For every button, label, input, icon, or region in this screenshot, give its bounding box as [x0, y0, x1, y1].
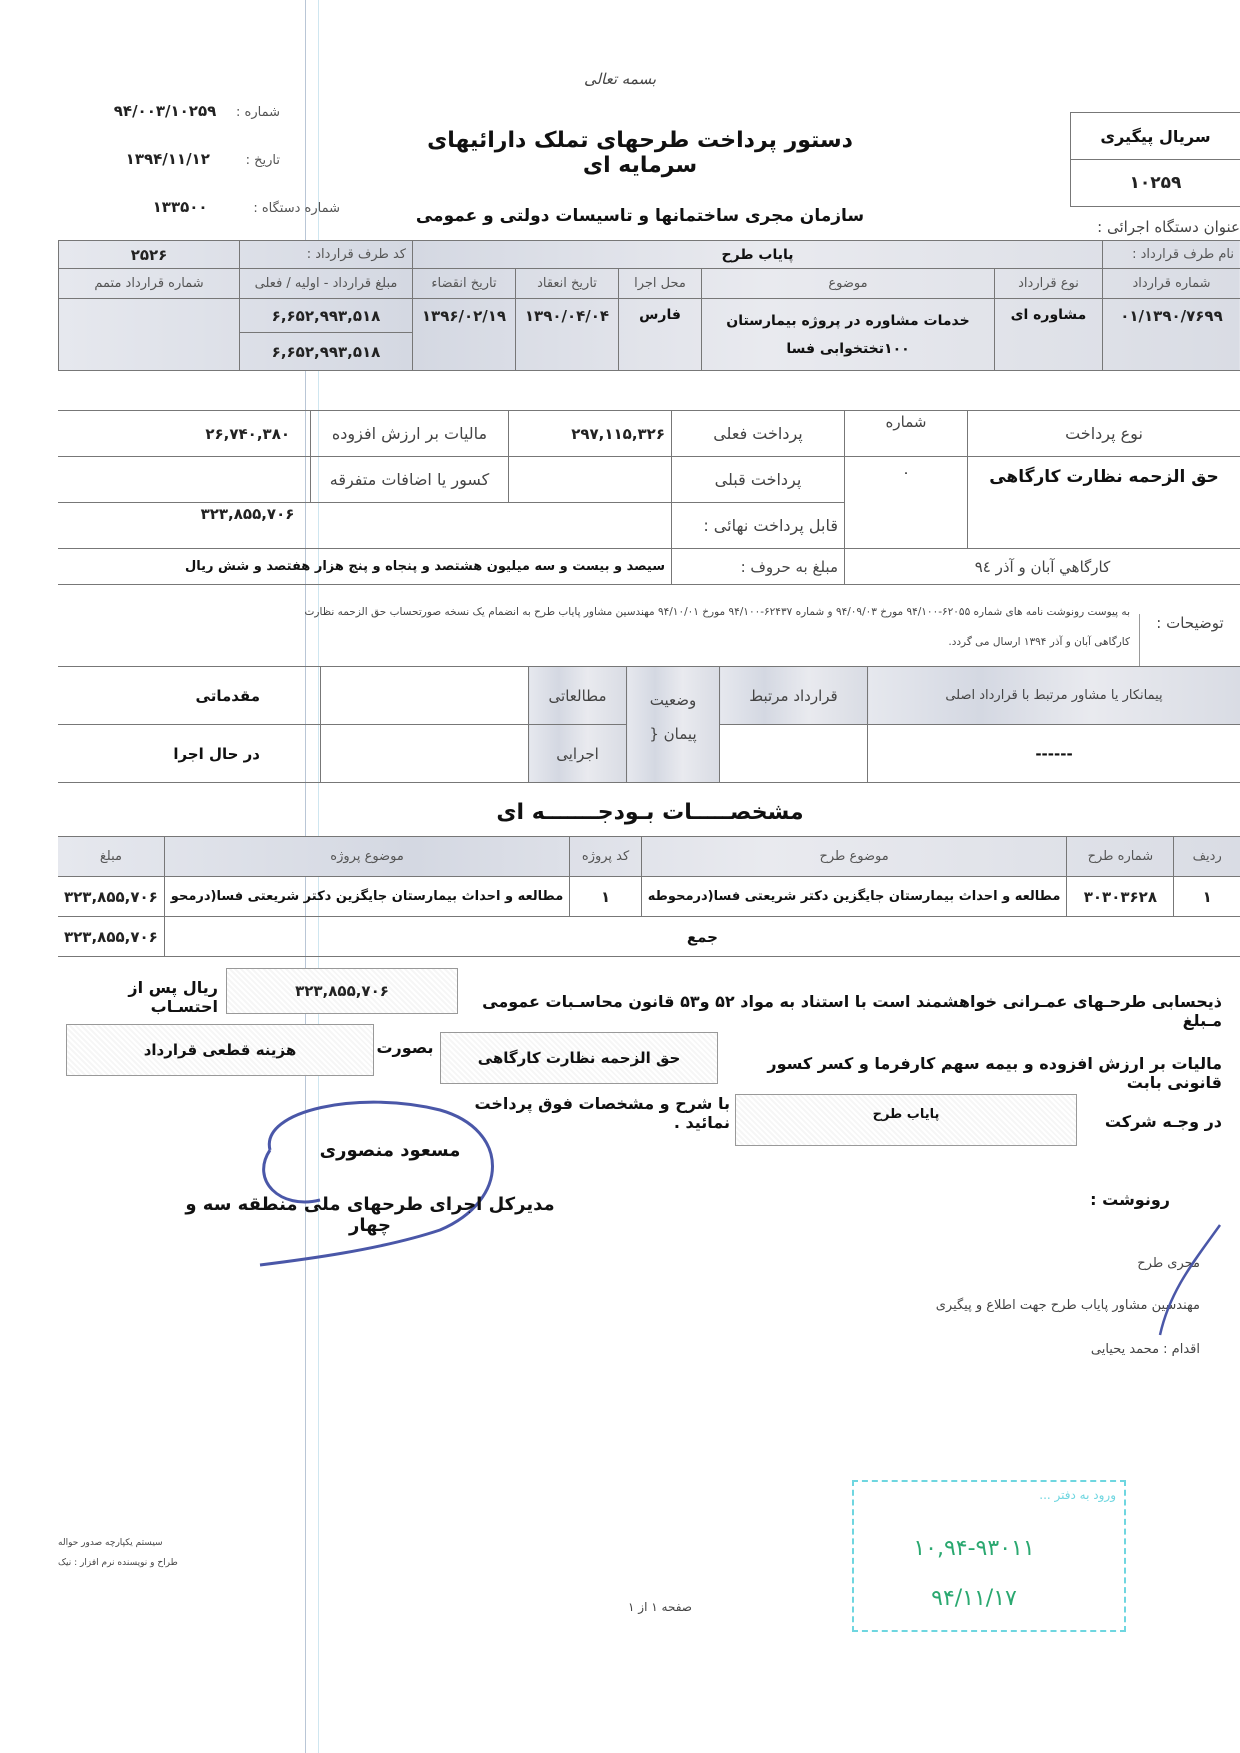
- organization-name: سازمان مجری ساختمانها و تاسیسات دولتی و …: [400, 206, 880, 226]
- payment-number-value: ۰: [845, 457, 968, 549]
- col-project-code: کد پروژه: [570, 837, 642, 877]
- date-value: ۱۳۹۴/۱۱/۱۲: [126, 150, 210, 168]
- budget-table: ردیف شماره طرح موضوع طرح کد پروژه موضوع …: [58, 836, 1240, 957]
- party-name-value: پایاب طرح: [413, 241, 1103, 269]
- budget-row: ۱ ۳۰۳۰۳۶۲۸ مطالعه و احداث بیمارستان جایگ…: [58, 877, 1240, 917]
- cc-label: رونوشت :: [1050, 1190, 1170, 1209]
- payment-for-box: حق الزحمه نظارت کارگاهی: [440, 1032, 718, 1084]
- related-contract-label: قرارداد مرتبط: [720, 667, 868, 725]
- notes-line-1: به پیوست رونوشت نامه های شماره ۶۲۰۵۵-۹۴/…: [70, 606, 1130, 618]
- letter-number: شماره : ۹۴/۰۰۳/۱۰۲۵۹: [70, 100, 280, 121]
- instruction-line-1: ذیحسابی طرحـهای عمـرانی خواهشمند است با …: [482, 992, 1222, 1030]
- col-plan-number: شماره طرح: [1067, 837, 1174, 877]
- cc-item-3: اقدام : محمد یحیایی: [700, 1342, 1200, 1357]
- amount-in-words-label: مبلغ به حروف :: [672, 549, 845, 585]
- page-title: دستور پرداخت طرحهای تملک دارائیهای سرمای…: [400, 128, 880, 178]
- supplement-number: [59, 299, 240, 371]
- previous-payment-label: پرداخت قبلی: [672, 457, 845, 503]
- current-payment-value: ۲۹۷,۱۱۵,۳۲۶: [509, 411, 672, 457]
- col-start-date: تاریخ انعقاد: [516, 269, 619, 299]
- subject-line-2: ۱۰۰تختخوابی فسا: [708, 335, 988, 363]
- serial-value: ۱۰۲۵۹: [1071, 160, 1240, 207]
- contractor-label: پیمانکار یا مشاور مرتبط با قرارداد اصلی: [868, 667, 1240, 725]
- number-label: شماره :: [236, 105, 280, 120]
- final-payment-value: ۳۲۳,۸۵۵,۷۰۶: [58, 503, 672, 549]
- payment-method-box: هزینه قطعی قرارداد: [66, 1024, 374, 1076]
- instruction-amount-suffix: ریال پس از احتسـاب: [58, 978, 218, 1016]
- page-indicator: صفحه ۱ از ۱: [560, 1600, 760, 1614]
- status-table: پیمانکار یا مشاور مرتبط با قرارداد اصلی …: [58, 666, 1240, 783]
- notes-line-2: کارگاهی آبان و آذر ۱۳۹۴ ارسال می گردد.: [530, 636, 1130, 648]
- budget-plan-number: ۳۰۳۰۳۶۲۸: [1067, 877, 1174, 917]
- budget-plan-subject: مطالعه و احداث بیمارستان جایگزین دکتر شر…: [641, 877, 1067, 917]
- budget-project-code: ۱: [570, 877, 642, 917]
- contract-subject: خدمات مشاوره در پروژه بیمارستان ۱۰۰تختخو…: [702, 299, 995, 371]
- contract-type: مشاوره ای: [995, 299, 1103, 371]
- contract-brace-label: پیمان {: [633, 717, 713, 751]
- executive-device-label: عنوان دستگاه اجرائی :: [1060, 218, 1240, 236]
- budget-total-value: ۳۲۳,۸۵۵,۷۰۶: [58, 917, 164, 957]
- cc-item-1: مجری طرح: [700, 1256, 1200, 1271]
- serial-box: سریال پیگیری ۱۰۲۵۹: [1070, 112, 1240, 207]
- party-code-value: ۲۵۲۶: [59, 241, 240, 269]
- executive-empty: [321, 725, 529, 783]
- budget-project-subject: مطالعه و احداث بیمارستان جایگزین دکتر شر…: [164, 877, 570, 917]
- location: فارس: [619, 299, 702, 371]
- contract-number: ۰۱/۱۳۹۰/۷۶۹۹: [1103, 299, 1240, 371]
- col-supplement: شماره قرارداد متمم: [59, 269, 240, 299]
- instruction-line-2: مالیات بر ارزش افزوده و بیمه سهم کارفرما…: [722, 1054, 1222, 1092]
- payment-type-label: نوع پرداخت: [968, 411, 1240, 457]
- party-code-label: کد طرف قرارداد :: [240, 241, 413, 269]
- amount-initial: ۶,۶۵۲,۹۹۳,۵۱۸: [240, 299, 413, 333]
- stamp-number: ۱۰,۹۴-۹۳۰۱۱: [874, 1536, 1074, 1561]
- device-number: شماره دستگاه : ۱۳۳۵۰۰: [70, 196, 340, 217]
- signatory-title: مدیرکل اجرای طرحهای ملی منطقه سه و چهار: [170, 1194, 570, 1236]
- subject-line-1: خدمات مشاوره در پروژه بیمارستان: [708, 307, 988, 335]
- col-contract-number: شماره قرارداد: [1103, 269, 1240, 299]
- instruction-method-word: بصورت: [375, 1038, 435, 1057]
- status-label: وضعیت: [633, 683, 713, 717]
- executive-value: در حال اجرا: [58, 725, 321, 783]
- vat-label: مالیات بر ارزش افزوده: [311, 411, 509, 457]
- budget-total-label: جمع: [164, 917, 1240, 957]
- col-end-date: تاریخ انقضاء: [413, 269, 516, 299]
- instruction-amount-box: ۳۲۳,۸۵۵,۷۰۶: [226, 968, 458, 1014]
- bismillah: بسمه تعالی: [540, 70, 700, 88]
- deductions-value: [58, 457, 311, 503]
- executive-label: اجرایی: [529, 725, 627, 783]
- received-stamp: ورود به دفتر ... ۱۰,۹۴-۹۳۰۱۱ ۹۴/۱۱/۱۷: [852, 1480, 1126, 1632]
- previous-payment-value: [509, 457, 672, 503]
- col-budget-amount: مبلغ: [58, 837, 164, 877]
- payment-type-value: حق الزحمه نظارت کارگاهی: [968, 457, 1240, 549]
- col-row: ردیف: [1174, 837, 1240, 877]
- device-number-value: ۱۳۳۵۰۰: [153, 198, 208, 216]
- letter-date: تاریخ : ۱۳۹۴/۱۱/۱۲: [70, 148, 280, 169]
- amount-current: ۶,۶۵۲,۹۹۳,۵۱۸: [240, 333, 413, 371]
- device-number-label: شماره دستگاه :: [253, 201, 340, 216]
- payee-company-box: پایاب طرح: [735, 1094, 1077, 1146]
- related-contract-value: [720, 725, 868, 783]
- signatory-name: مسعود منصوری: [300, 1140, 480, 1161]
- deductions-label: کسور یا اضافات متفرقه: [311, 457, 509, 503]
- date-label: تاریخ :: [246, 153, 280, 168]
- final-payment-label: قابل پرداخت نهائی :: [672, 503, 845, 549]
- budget-title: مشخصـــــات بـودجـــــــه ای: [400, 800, 900, 825]
- footer-system-line-2: طراح و نویسنده نرم افزار : نیک: [58, 1558, 218, 1568]
- study-empty: [321, 667, 529, 725]
- col-plan-subject: موضوع طرح: [641, 837, 1067, 877]
- number-value: ۹۴/۰۰۳/۱۰۲۵۹: [114, 102, 217, 120]
- study-label: مطالعاتی: [529, 667, 627, 725]
- col-project-subject: موضوع پروژه: [164, 837, 570, 877]
- col-contract-type: نوع قرارداد: [995, 269, 1103, 299]
- current-payment-label: پرداخت فعلی: [672, 411, 845, 457]
- contractor-value: ------: [868, 725, 1240, 783]
- party-name-label: نام طرف قرارداد :: [1103, 241, 1240, 269]
- end-date: ۱۳۹۶/۰۲/۱۹: [413, 299, 516, 371]
- payment-type-note: کارگاهي آبان و آذر ۹٤: [845, 549, 1240, 585]
- cc-item-2: مهندسین مشاور پایاب طرح جهت اطلاع و پیگی…: [700, 1298, 1200, 1313]
- budget-amount: ۳۲۳,۸۵۵,۷۰۶: [58, 877, 164, 917]
- stamp-header: ورود به دفتر ...: [866, 1488, 1116, 1502]
- signature-scribble-icon: [240, 1090, 540, 1270]
- cc-check-mark-icon: [1150, 1220, 1230, 1340]
- col-amount: مبلغ قرارداد - اولیه / فعلی: [240, 269, 413, 299]
- notes-label: توضیحات :: [1139, 614, 1240, 666]
- col-subject: موضوع: [702, 269, 995, 299]
- amount-in-words-value: سیصد و بیست و سه میلیون هشتصد و پنجاه و …: [58, 549, 672, 585]
- study-value: مقدماتی: [58, 667, 321, 725]
- footer-system-line-1: سیستم یکپارچه صدور حواله: [58, 1538, 218, 1548]
- start-date: ۱۳۹۰/۰۴/۰۴: [516, 299, 619, 371]
- payment-number-label: شماره: [845, 411, 968, 457]
- col-location: محل اجرا: [619, 269, 702, 299]
- instruction-line-3: در وجـه شرکت: [1072, 1112, 1222, 1131]
- vat-value: ۲۶,۷۴۰,۳۸۰: [58, 411, 311, 457]
- budget-row-number: ۱: [1174, 877, 1240, 917]
- serial-label: سریال پیگیری: [1071, 113, 1240, 160]
- status-cell: وضعیت پیمان {: [627, 667, 720, 783]
- contract-table: نام طرف قرارداد : پایاب طرح کد طرف قرارد…: [58, 240, 1240, 371]
- payment-table: نوع پرداخت شماره پرداخت فعلی ۲۹۷,۱۱۵,۳۲۶…: [58, 410, 1240, 585]
- stamp-date: ۹۴/۱۱/۱۷: [894, 1586, 1054, 1611]
- notes-section: توضیحات : به پیوست رونوشت نامه های شماره…: [58, 600, 1240, 667]
